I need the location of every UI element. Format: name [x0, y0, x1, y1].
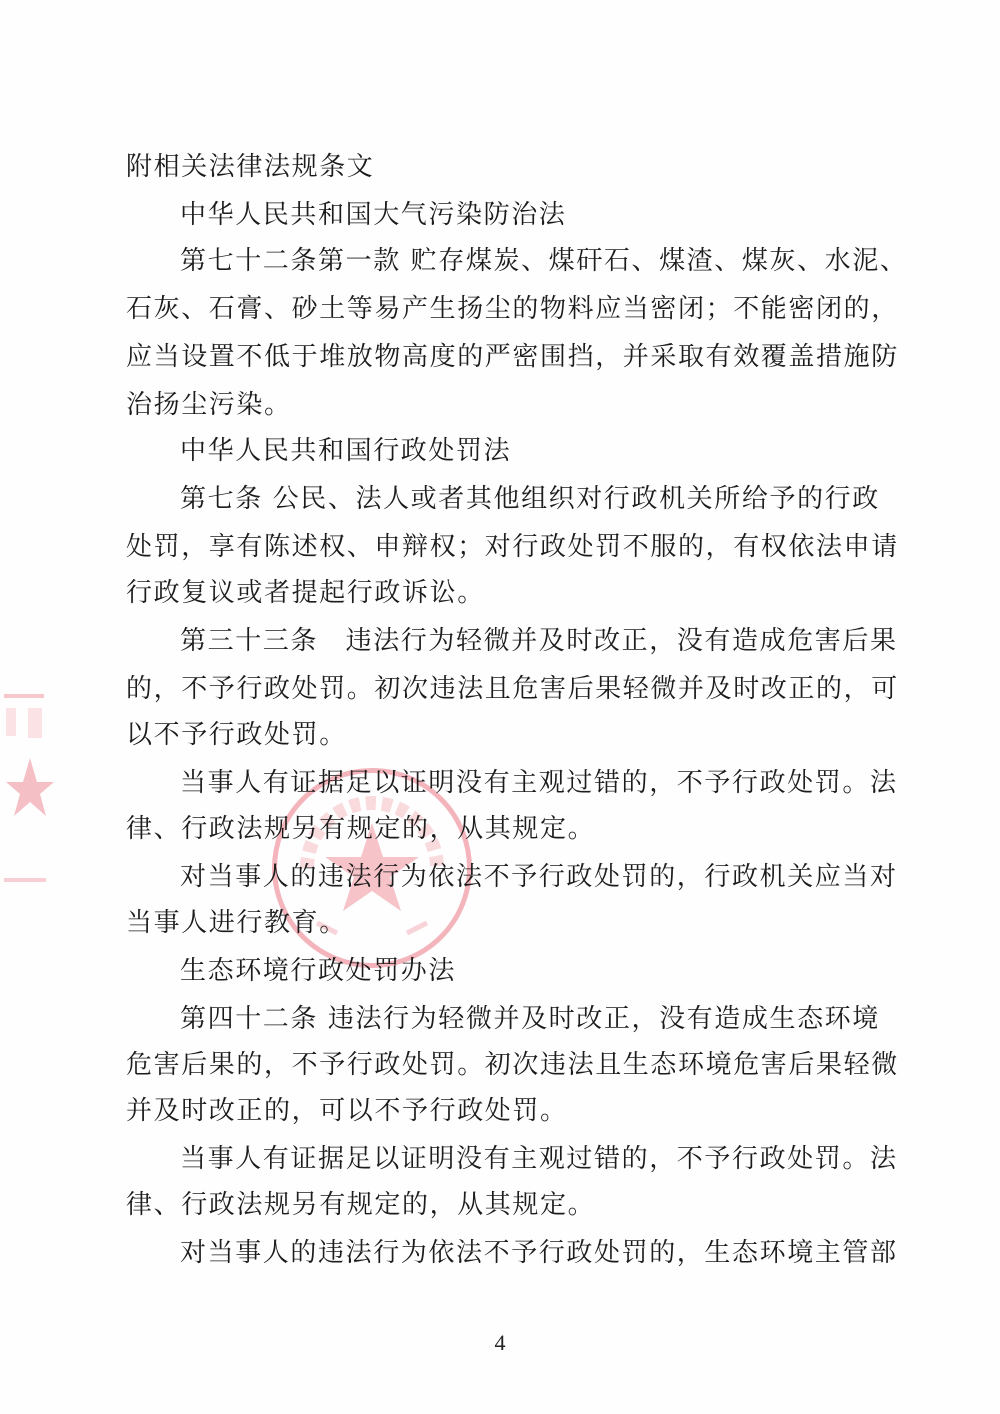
- text-line: 第四十二条 违法行为轻微并及时改正，没有造成生态环境: [180, 1004, 874, 1034]
- text-line: 当事人有证据足以证明没有主观过错的，不予行政处罚。法: [180, 768, 874, 798]
- document-page: 附相关法律法规条文中华人民共和国大气污染防治法第七十二条第一款 贮存煤炭、煤矸石…: [0, 0, 1000, 1414]
- law-title: 中华人民共和国大气污染防治法: [180, 200, 874, 230]
- text-line: 当事人进行教育。: [126, 908, 874, 938]
- text-line: 律、行政法规另有规定的，从其规定。: [126, 1190, 874, 1220]
- page-number: 4: [0, 1330, 1000, 1356]
- text-line: 石灰、石膏、砂土等易产生扬尘的物料应当密闭；不能密闭的，: [126, 294, 874, 324]
- law-title: 中华人民共和国行政处罚法: [180, 436, 874, 466]
- text-line: 第三十三条 违法行为轻微并及时改正，没有造成危害后果: [180, 626, 874, 656]
- edge-seal-stamp: [0, 690, 60, 890]
- text-line: 应当设置不低于堆放物高度的严密围挡，并采取有效覆盖措施防: [126, 342, 874, 372]
- text-line: 并及时改正的，可以不予行政处罚。: [126, 1096, 874, 1126]
- text-line: 治扬尘污染。: [126, 390, 874, 420]
- text-line: 危害后果的，不予行政处罚。初次违法且生态环境危害后果轻微: [126, 1050, 874, 1080]
- text-line: 的，不予行政处罚。初次违法且危害后果轻微并及时改正的，可: [126, 674, 874, 704]
- text-line: 行政复议或者提起行政诉讼。: [126, 578, 874, 608]
- document-heading: 附相关法律法规条文: [126, 152, 874, 182]
- text-line: 第七条 公民、法人或者其他组织对行政机关所给予的行政: [180, 484, 874, 514]
- text-line: 对当事人的违法行为依法不予行政处罚的，生态环境主管部: [180, 1238, 874, 1268]
- text-line: 律、行政法规另有规定的，从其规定。: [126, 814, 874, 844]
- text-line: 以不予行政处罚。: [126, 720, 874, 750]
- law-title: 生态环境行政处罚办法: [180, 956, 874, 986]
- text-line: 处罚，享有陈述权、申辩权；对行政处罚不服的，有权依法申请: [126, 532, 874, 562]
- text-line: 对当事人的违法行为依法不予行政处罚的，行政机关应当对: [180, 862, 874, 892]
- text-line: 第七十二条第一款 贮存煤炭、煤矸石、煤渣、煤灰、水泥、: [180, 246, 874, 276]
- text-line: 当事人有证据足以证明没有主观过错的，不予行政处罚。法: [180, 1144, 874, 1174]
